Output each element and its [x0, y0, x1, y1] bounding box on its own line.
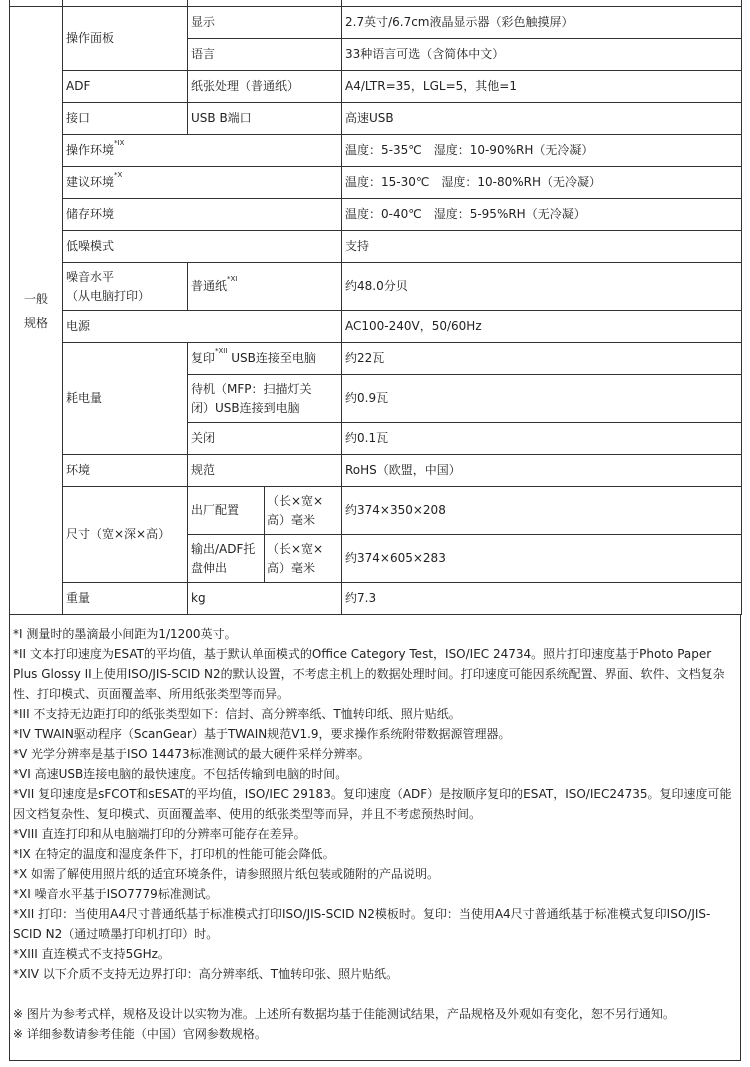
row-label: 操作面板 — [63, 7, 188, 71]
value: 约0.9瓦 — [342, 375, 742, 423]
value: 支持 — [342, 231, 742, 263]
row-label: 电源 — [63, 311, 342, 343]
value: 约0.1瓦 — [342, 423, 742, 455]
value: 约22瓦 — [342, 343, 742, 375]
row-label: 耗电量 — [63, 343, 188, 455]
sub-label: 待机（MFP：扫描灯关闭）USB连接到电脑 — [188, 375, 342, 423]
disclaimer: ※ 详细参数请参考佳能（中国）官网参数规格。 — [13, 1024, 736, 1044]
value: 2.7英寸/6.7cm液晶显示器（彩色触摸屏） — [342, 7, 742, 39]
table-row: 建议环境*X 温度：15-30℃ 湿度：10-80%RH（无冷凝） — [10, 167, 742, 199]
table-row: 储存环境 温度：0-40℃ 湿度：5-95%RH（无冷凝） — [10, 199, 742, 231]
unit-label: （长×宽×高）毫米 — [265, 487, 342, 535]
row-label: ADF — [63, 71, 188, 103]
footnote: *XI 噪音水平基于ISO7779标准测试。 — [13, 884, 736, 904]
table-row: 一般规格 操作面板 显示 2.7英寸/6.7cm液晶显示器（彩色触摸屏） — [10, 7, 742, 39]
value: 温度：15-30℃ 湿度：10-80%RH（无冷凝） — [342, 167, 742, 199]
footnote-ref: *XI — [227, 275, 237, 283]
value: 约374×350×208 — [342, 487, 742, 535]
disclaimer: ※ 图片为参考式样，规格及设计以实物为准。上述所有数据均基于佳能测试结果，产品规… — [13, 1004, 736, 1024]
footnote: *III 不支持无边距打印的纸张类型如下：信封、高分辨率纸、T恤转印纸、照片贴纸… — [13, 704, 736, 724]
row-label: 低噪模式 — [63, 231, 342, 263]
footnote: *VI 高速USB连接电脑的最快速度。不包括传输到电脑的时间。 — [13, 764, 736, 784]
sub-label: 普通纸*XI — [188, 263, 342, 311]
footnote: *IX 在特定的温度和湿度条件下，打印机的性能可能会降低。 — [13, 844, 736, 864]
sub-label: kg — [188, 583, 342, 615]
footnote: *XII 打印：当使用A4尺寸普通纸基于标准模式打印ISO/JIS-SCID N… — [13, 904, 736, 944]
footnote: *II 文本打印速度为ESAT的平均值，基于默认单面模式的Office Cate… — [13, 644, 736, 704]
sub-label: 出厂配置 — [188, 487, 265, 535]
sub-label: 复印*XII USB连接至电脑 — [188, 343, 342, 375]
value: 约374×605×283 — [342, 535, 742, 583]
value: 约7.3 — [342, 583, 742, 615]
footnote: *IV TWAIN驱动程序（ScanGear）基于TWAIN规范V1.9，要求操… — [13, 724, 736, 744]
sub-label: 纸张处理（普通纸） — [188, 71, 342, 103]
footnote: *I 测量时的墨滴最小间距为1/1200英寸。 — [13, 624, 736, 644]
row-label: 储存环境 — [63, 199, 342, 231]
value: RoHS（欧盟，中国） — [342, 455, 742, 487]
table-row: 重量 kg 约7.3 — [10, 583, 742, 615]
footnote: *XIV 以下介质不支持无边界打印：高分辨率纸、T恤转印张、照片贴纸。 — [13, 964, 736, 984]
sub-label: 显示 — [188, 7, 342, 39]
table-row: 环境 规范 RoHS（欧盟，中国） — [10, 455, 742, 487]
table-row: 电源 AC100-240V，50/60Hz — [10, 311, 742, 343]
table-row: ADF 纸张处理（普通纸） A4/LTR=35，LGL=5，其他=1 — [10, 71, 742, 103]
table-row: 操作环境*IX 温度：5-35℃ 湿度：10-90%RH（无冷凝） — [10, 135, 742, 167]
row-label: 接口 — [63, 103, 188, 135]
table-row: 低噪模式 支持 — [10, 231, 742, 263]
value: 高速USB — [342, 103, 742, 135]
row-label: 环境 — [63, 455, 188, 487]
footnote-ref: *X — [114, 171, 122, 179]
footnotes: *I 测量时的墨滴最小间距为1/1200英寸。 *II 文本打印速度为ESAT的… — [9, 614, 741, 1061]
row-label: 重量 — [63, 583, 188, 615]
row-label: 噪音水平（从电脑打印） — [63, 263, 188, 311]
unit-label: （长×宽×高）毫米 — [265, 535, 342, 583]
row-label: 操作环境*IX — [63, 135, 342, 167]
footnote: *V 光学分辨率是基于ISO 14473标准测试的最大硬件采样分辨率。 — [13, 744, 736, 764]
row-label: 建议环境*X — [63, 167, 342, 199]
footnote-ref: *IX — [114, 139, 124, 147]
category-label: 一般规格 — [10, 7, 63, 615]
value: 温度：0-40℃ 湿度：5-95%RH（无冷凝） — [342, 199, 742, 231]
value: 33种语言可选（含简体中文） — [342, 39, 742, 71]
table-row: 接口 USB B端口 高速USB — [10, 103, 742, 135]
spec-table: 一般规格 操作面板 显示 2.7英寸/6.7cm液晶显示器（彩色触摸屏） 语言 … — [9, 0, 742, 615]
sub-label: 规范 — [188, 455, 342, 487]
sub-label: USB B端口 — [188, 103, 342, 135]
footnote: *XIII 直连模式不支持5GHz。 — [13, 944, 736, 964]
value: AC100-240V，50/60Hz — [342, 311, 742, 343]
sub-label: 关闭 — [188, 423, 342, 455]
sub-label: 输出/ADF托盘伸出 — [188, 535, 265, 583]
footnote: *X 如需了解使用照片纸的适宜环境条件，请参照照片纸包装或随附的产品说明。 — [13, 864, 736, 884]
table-row: 尺寸（宽×深×高） 出厂配置 （长×宽×高）毫米 约374×350×208 — [10, 487, 742, 535]
footnote: *VIII 直连打印和从电脑端打印的分辨率可能存在差异。 — [13, 824, 736, 844]
value: A4/LTR=35，LGL=5，其他=1 — [342, 71, 742, 103]
value: 约48.0分贝 — [342, 263, 742, 311]
value: 温度：5-35℃ 湿度：10-90%RH（无冷凝） — [342, 135, 742, 167]
row-label: 尺寸（宽×深×高） — [63, 487, 188, 583]
table-row: 噪音水平（从电脑打印） 普通纸*XI 约48.0分贝 — [10, 263, 742, 311]
table-row: 耗电量 复印*XII USB连接至电脑 约22瓦 — [10, 343, 742, 375]
sub-label: 语言 — [188, 39, 342, 71]
footnote-ref: *XII — [215, 347, 227, 355]
footnote: *VII 复印速度是sFCOT和sESAT的平均值，ISO/IEC 29183。… — [13, 784, 736, 824]
